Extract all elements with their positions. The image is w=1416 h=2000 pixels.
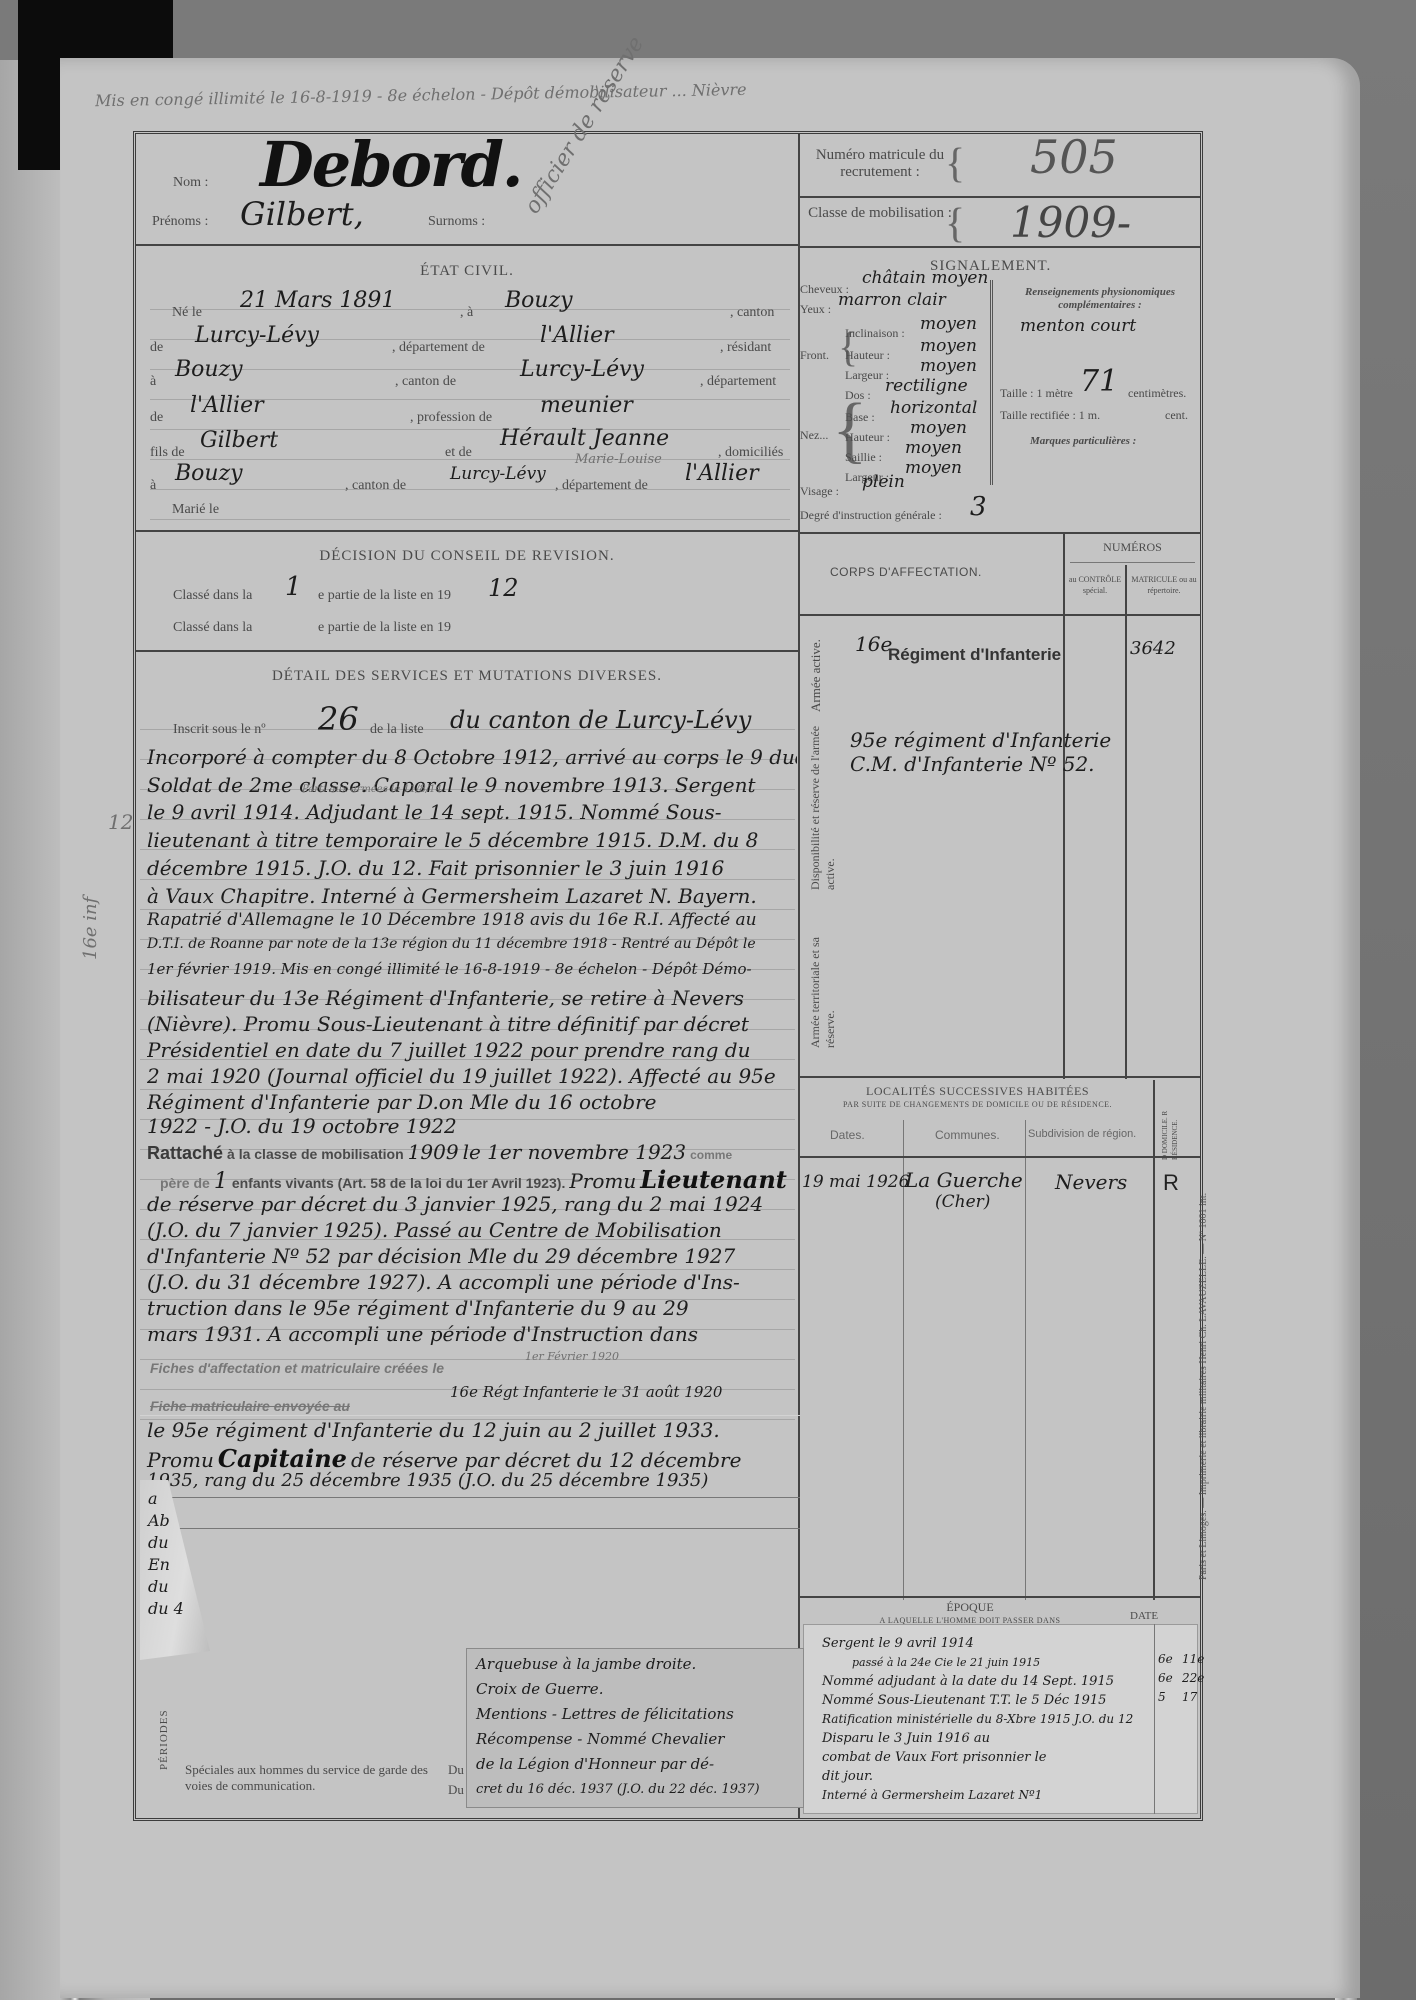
left-margin-note-1: 12 — [108, 810, 133, 834]
epoque-line: Sergent le 9 avril 1914 — [822, 1634, 1152, 1653]
mere-value: Hérault Jeanne — [500, 426, 669, 451]
nez-base-value: horizontal — [890, 398, 977, 418]
rattache-text: à la classe de mobilisation — [227, 1146, 404, 1162]
service-line: de réserve par décret du 12 décembre — [351, 1448, 742, 1472]
yeux-value: marron clair — [838, 290, 946, 310]
cheveux-value: châtain moyen — [862, 268, 988, 288]
epoque-title: ÉPOQUE — [820, 1600, 1120, 1615]
rattache-classe: 1909 — [408, 1140, 459, 1164]
residence-value: Bouzy — [175, 357, 243, 382]
front-hauteur-label: Hauteur : — [845, 348, 890, 363]
rattache-stamp: Rattaché — [147, 1143, 223, 1163]
localites-col-divider — [1153, 1080, 1155, 1600]
active-regiment-num: 16e — [855, 632, 892, 656]
epoque-line: dit jour. — [822, 1767, 1152, 1786]
epoque-date-label: DATE — [1130, 1610, 1158, 1622]
instruction-label: Degré d'instruction générale : — [800, 508, 942, 523]
nez-saillie-label: Saillie : — [845, 450, 882, 465]
service-line: D.T.I. de Roanne par note de la 13e régi… — [147, 936, 797, 952]
decoration-line: cret du 16 déc. 1937 (J.O. du 22 déc. 19… — [476, 1777, 760, 1802]
canton3-value: Lurcy-Lévy — [450, 464, 546, 484]
localites-col-dates: Dates. — [830, 1128, 865, 1142]
localites-subtitle: PAR SUITE DE CHANGEMENTS DE DOMICILE OU … — [800, 1100, 1155, 1109]
profession-label: , profession de — [410, 410, 492, 426]
fiche-envoyee-label: Fiche matriculaire envoyée au — [150, 1398, 350, 1414]
canton2-value: Lurcy-Lévy — [520, 357, 644, 382]
numeros-label: NUMÉROS — [1065, 540, 1200, 555]
localites-col-communes: Communes. — [935, 1128, 1000, 1142]
affectation-bottom-divider — [800, 1076, 1200, 1078]
pere-enfants-line: père de 1 enfants vivants (Art. 58 de la… — [160, 1165, 787, 1194]
controle-label: au CONTRÔLE spécial. — [1066, 574, 1124, 596]
localites-col-dr: D DOMICILE. R RÉSIDENCE. — [1160, 1080, 1180, 1160]
departement2-value: l'Allier — [190, 393, 264, 418]
localites-title: LOCALITÉS SUCCESSIVES HABITÉES — [800, 1084, 1155, 1099]
territoriale-label: Armée territoriale et sa réserve. — [808, 908, 838, 1048]
pere-label: père de — [160, 1175, 210, 1191]
enfants-text: enfants vivants (Art. 58 de la loi du 1e… — [232, 1175, 566, 1191]
epoque-line: combat de Vaux Fort prisonnier le — [822, 1748, 1152, 1767]
et-de-label: et de — [445, 445, 472, 461]
localite-commune: La Guerche — [905, 1168, 1023, 1192]
corps-affectation-header: CORPS D'AFFECTATION. — [830, 565, 982, 579]
folded-word: Ab — [148, 1510, 184, 1532]
instruction-value: 3 — [970, 492, 987, 522]
liste-label: de la liste — [370, 722, 424, 738]
departement2-label: , département — [700, 374, 776, 390]
service-line: Présidentiel en date du 7 juillet 1922 p… — [147, 1038, 797, 1062]
service-line: (J.O. du 7 janvier 1925). Passé au Centr… — [147, 1218, 797, 1242]
mere-extra-value: Marie-Louise — [575, 452, 662, 467]
services-title: DÉTAIL DES SERVICES ET MUTATIONS DIVERSE… — [136, 668, 798, 685]
matricule-col-label: MATRICULE ou au répertoire. — [1128, 574, 1200, 596]
service-line: Régiment d'Infanterie par D.on Mle du 16… — [147, 1090, 797, 1114]
brace-icon: { — [945, 140, 965, 188]
identity-divider — [136, 244, 798, 246]
service-line: (J.O. du 31 décembre 1927). A accompli u… — [147, 1270, 797, 1294]
service-line: à Vaux Chapitre. Interné à Germersheim L… — [147, 884, 797, 908]
service-line: 1er février 1919. Mis en congé illimité … — [147, 960, 797, 978]
brace-icon-2: { — [945, 200, 965, 248]
nez-largeur-value: moyen — [905, 458, 962, 478]
reserve-line-1: 95e régiment d'Infanterie — [850, 728, 1111, 752]
renseignements-label: Renseignements physionomiques complément… — [1000, 286, 1200, 312]
interlinear-note: Parti aux armées le 11/8/14 — [302, 784, 442, 795]
epoque-col-divider — [1154, 1624, 1155, 1814]
revision-row2-prefix: Classé dans la — [173, 620, 252, 636]
matricule-bottom-divider — [800, 246, 1200, 248]
date-cell: 17 — [1182, 1688, 1204, 1707]
decoration-line: Récompense - Nommé Chevalier — [476, 1727, 760, 1752]
etat-civil-title: ÉTAT CIVIL. — [136, 263, 798, 280]
departement-value: l'Allier — [540, 323, 614, 348]
a-label: , à — [460, 305, 473, 321]
services-rule — [140, 1497, 800, 1498]
classe-value: 1909- — [1010, 198, 1131, 247]
slip-edge — [140, 1415, 800, 1416]
folded-word: du — [148, 1532, 184, 1554]
de-label: de — [150, 340, 163, 356]
fiches-creees-date: 1er Février 1920 — [525, 1350, 619, 1363]
localite-dr: R — [1163, 1170, 1179, 1196]
service-line: truction dans le 95e régiment d'Infanter… — [147, 1296, 797, 1320]
signalement-divider-bottom — [800, 532, 1200, 534]
nom-value: Debord. — [260, 128, 522, 201]
front-inclinaison-label: Inclinaison : — [845, 326, 905, 341]
nez-dos-value: rectiligne — [885, 376, 968, 396]
service-line: le 9 avril 1914. Adjudant le 14 sept. 19… — [147, 800, 797, 824]
front-label: Front. — [800, 348, 829, 363]
revision-row1-middle: e partie de la liste en 19 — [318, 588, 451, 604]
service-line: 1935, rang du 25 décembre 1935 (J.O. du … — [147, 1470, 797, 1491]
departement2-de-label: de — [150, 410, 163, 426]
service-line: Rapatrié d'Allemagne le 10 Décembre 1918… — [147, 910, 797, 930]
capitaine-line: Promu Capitaine de réserve par décret du… — [147, 1444, 741, 1473]
promu-capitaine-text: Promu — [147, 1448, 214, 1472]
classe-label: Classe de mobilisation : — [805, 205, 955, 222]
renseignements-value: menton court — [1020, 316, 1136, 336]
surnoms-label: Surnoms : — [428, 214, 485, 230]
canton-label: , canton — [730, 305, 774, 321]
decoration-line: Mentions - Lettres de félicitations — [476, 1702, 760, 1727]
nez-base-label: Base : — [845, 410, 875, 425]
domicilies-label: , domiciliés — [718, 445, 783, 461]
localite-commune-extra: (Cher) — [935, 1192, 990, 1212]
services-rule — [140, 1528, 800, 1529]
service-line: Incorporé à compter du 8 Octobre 1912, a… — [147, 745, 797, 769]
yeux-label: Yeux : — [800, 302, 831, 317]
date-cell: 5 — [1158, 1688, 1173, 1707]
service-line: 1922 - J.O. du 19 octobre 1922 — [147, 1114, 797, 1138]
service-line: lieutenant à titre temporaire le 5 décem… — [147, 828, 797, 852]
residence-a-label: à — [150, 374, 156, 390]
ne-le-label: Né le — [172, 305, 202, 321]
rattache-comme: comme — [690, 1148, 732, 1162]
decoration-line: Arquebuse à la jambe droite. — [476, 1652, 760, 1677]
nez-hauteur-value: moyen — [910, 418, 967, 438]
affectation-col-divider-2 — [1125, 565, 1127, 1079]
domicile-a-label: à — [150, 478, 156, 494]
epoque-card-text: Sergent le 9 avril 1914 passé à la 24e C… — [822, 1634, 1152, 1805]
ne-le-value: 21 Mars 1891 — [240, 288, 395, 313]
left-margin-note-2: 16e inf — [80, 897, 101, 960]
localite-subdivision: Nevers — [1055, 1170, 1127, 1194]
nez-dos-label: Dos : — [845, 388, 871, 403]
departement-label: , département de — [392, 340, 485, 356]
localites-header-divider — [800, 1156, 1200, 1158]
localites-col-subdivision: Subdivision de région. — [1028, 1128, 1136, 1140]
affectation-header-divider — [800, 614, 1200, 616]
fils-de-label: fils de — [150, 445, 185, 461]
date-cell: 6e — [1158, 1669, 1173, 1688]
revision-row1-annee: 12 — [488, 574, 519, 602]
front-largeur-label: Largeur : — [845, 368, 889, 383]
front-inclinaison-value: moyen — [920, 314, 977, 334]
nez-hauteur-label: Hauteur : — [845, 430, 890, 445]
residant-label: , résidant — [720, 340, 771, 356]
service-line: 2 mai 1920 (Journal officiel du 19 juill… — [147, 1064, 797, 1088]
epoque-date-col-a: 6e 6e 5 — [1158, 1650, 1173, 1707]
signalement-divider — [990, 280, 993, 485]
epoque-line: Nommé adjudant à la date du 14 Sept. 191… — [822, 1672, 1152, 1691]
du-label: Du — [448, 1762, 464, 1778]
canton2-label: , canton de — [395, 374, 456, 390]
taille-rectifiee-unit: cent. — [1165, 408, 1188, 423]
service-line: d'Infanterie Nº 52 par décision Mle du 2… — [147, 1244, 797, 1268]
enfants-nombre: 1 — [214, 1169, 228, 1194]
profession-value: meunier — [540, 393, 633, 418]
localite-date: 19 mai 1926 — [802, 1172, 909, 1192]
folded-slip-text: a Ab du En du du 4 — [148, 1488, 184, 1620]
lieu-naissance-value: Bouzy — [505, 288, 573, 313]
front-hauteur-value: moyen — [920, 336, 977, 356]
nom-label: Nom : — [173, 175, 208, 191]
pere-value: Gilbert — [200, 428, 278, 453]
column-divider — [798, 134, 800, 1819]
canton-value: Lurcy-Lévy — [195, 323, 319, 348]
service-line: bilisateur du 13e Régiment d'Infanterie,… — [147, 986, 797, 1010]
disponibilite-label: Disponibilité et réserve de l'armée acti… — [808, 720, 838, 890]
folded-word: du — [148, 1576, 184, 1598]
capitaine-stamp: Capitaine — [218, 1444, 347, 1473]
active-matricule: 3642 — [1130, 638, 1176, 659]
marques-label: Marques particulières : — [1030, 435, 1136, 447]
visage-value: plein — [862, 472, 905, 492]
localites-col-divider — [903, 1120, 904, 1600]
folded-word: En — [148, 1554, 184, 1576]
prenoms-value: Gilbert, — [240, 195, 364, 233]
service-line: Soldat de 2me classe. Caporal le 9 novem… — [147, 773, 797, 797]
revision-row1-partie: 1 — [285, 572, 302, 602]
epoque-date-col-b: 11e 22e 17 — [1182, 1650, 1204, 1707]
nez-saillie-value: moyen — [905, 438, 962, 458]
taille-label: Taille : 1 mètre — [1000, 386, 1073, 401]
service-line: mars 1931. A accompli une période d'Inst… — [147, 1322, 797, 1346]
reserve-line-2: C.M. d'Infanterie Nº 52. — [850, 752, 1095, 776]
revision-row1-prefix: Classé dans la — [173, 588, 252, 604]
decorations-text: Arquebuse à la jambe droite. Croix de Gu… — [476, 1652, 760, 1802]
promu-text: Promu — [569, 1169, 636, 1193]
folded-word: a — [148, 1488, 184, 1510]
etat-civil-divider — [136, 530, 798, 532]
taille-value: 71 — [1080, 364, 1118, 399]
fiches-creees-label: Fiches d'affectation et matriculaire cré… — [150, 1360, 444, 1376]
liste-value: du canton de Lurcy-Lévy — [450, 706, 751, 734]
inscrit-numero: 26 — [318, 700, 359, 738]
decoration-line: de la Légion d'Honneur par dé- — [476, 1752, 760, 1777]
localites-col-divider — [1025, 1120, 1026, 1600]
speciales-label: Spéciales aux hommes du service de garde… — [185, 1762, 445, 1794]
epoque-line: Ratification ministérielle du 8-Xbre 191… — [822, 1710, 1152, 1729]
rattache-line: Rattaché à la classe de mobilisation 190… — [147, 1140, 732, 1164]
numeros-underline — [1070, 562, 1195, 563]
numero-matricule-value: 505 — [1030, 130, 1118, 184]
front-largeur-value: moyen — [920, 356, 977, 376]
inscrit-label: Inscrit sous le nº — [173, 722, 266, 738]
prenoms-label: Prénoms : — [152, 214, 208, 230]
revision-row2-middle: e partie de la liste en 19 — [318, 620, 451, 636]
matricule-divider — [800, 196, 1200, 198]
taille-unit: centimètres. — [1128, 386, 1186, 401]
date-cell: 6e — [1158, 1650, 1173, 1669]
nez-label: Nez... — [800, 428, 828, 443]
epoque-line: Nommé Sous-Lieutenant T.T. le 5 Déc 1915 — [822, 1691, 1152, 1710]
marie-le-label: Marié le — [172, 502, 219, 518]
service-line: décembre 1915. J.O. du 12. Fait prisonni… — [147, 856, 797, 880]
service-line: le 95e régiment d'Infanterie du 12 juin … — [147, 1418, 797, 1442]
numero-matricule-label: Numéro matricule du recrutement : — [805, 147, 955, 181]
visage-label: Visage : — [800, 484, 839, 499]
service-line: (Nièvre). Promu Sous-Lieutenant à titre … — [147, 1012, 797, 1036]
printer-imprint: Paris et Limoges. — Imprimerie et librai… — [1198, 1193, 1209, 1580]
epoque-top-divider — [800, 1596, 1200, 1598]
epoque-line: Interné à Germersheim Lazaret Nº1 — [822, 1786, 1152, 1805]
epoque-line: Disparu le 3 Juin 1916 au — [822, 1729, 1152, 1748]
fiche-envoyee-value: 16e Régt Infanterie le 31 août 1920 — [450, 1383, 722, 1401]
date-cell: 11e — [1182, 1650, 1204, 1669]
active-regiment: Régiment d'Infanterie — [888, 645, 1061, 665]
departement3-value: l'Allier — [685, 461, 759, 486]
service-line: de réserve par décret du 3 janvier 1925,… — [147, 1192, 797, 1216]
date-cell: 22e — [1182, 1669, 1204, 1688]
revision-title: DÉCISION DU CONSEIL DE REVISION. — [136, 548, 798, 565]
domicile-value: Bouzy — [175, 461, 243, 486]
rattache-date: le 1er novembre 1923 — [463, 1140, 687, 1164]
armee-active-label: Armée active. — [808, 639, 824, 712]
departement3-label: , département de — [555, 478, 648, 494]
taille-rectifiee-label: Taille rectifiée : 1 m. — [1000, 408, 1100, 423]
revision-divider — [136, 650, 798, 652]
lieutenant-stamp: Lieutenant — [640, 1165, 787, 1194]
folded-word: du 4 — [148, 1598, 184, 1620]
decoration-line: Croix de Guerre. — [476, 1677, 760, 1702]
epoque-line: passé à la 24e Cie le 21 juin 1915 — [822, 1653, 1152, 1672]
periodes-label: PÉRIODES — [158, 1709, 170, 1770]
canton3-label: , canton de — [345, 478, 406, 494]
du-label: Du — [448, 1782, 464, 1798]
